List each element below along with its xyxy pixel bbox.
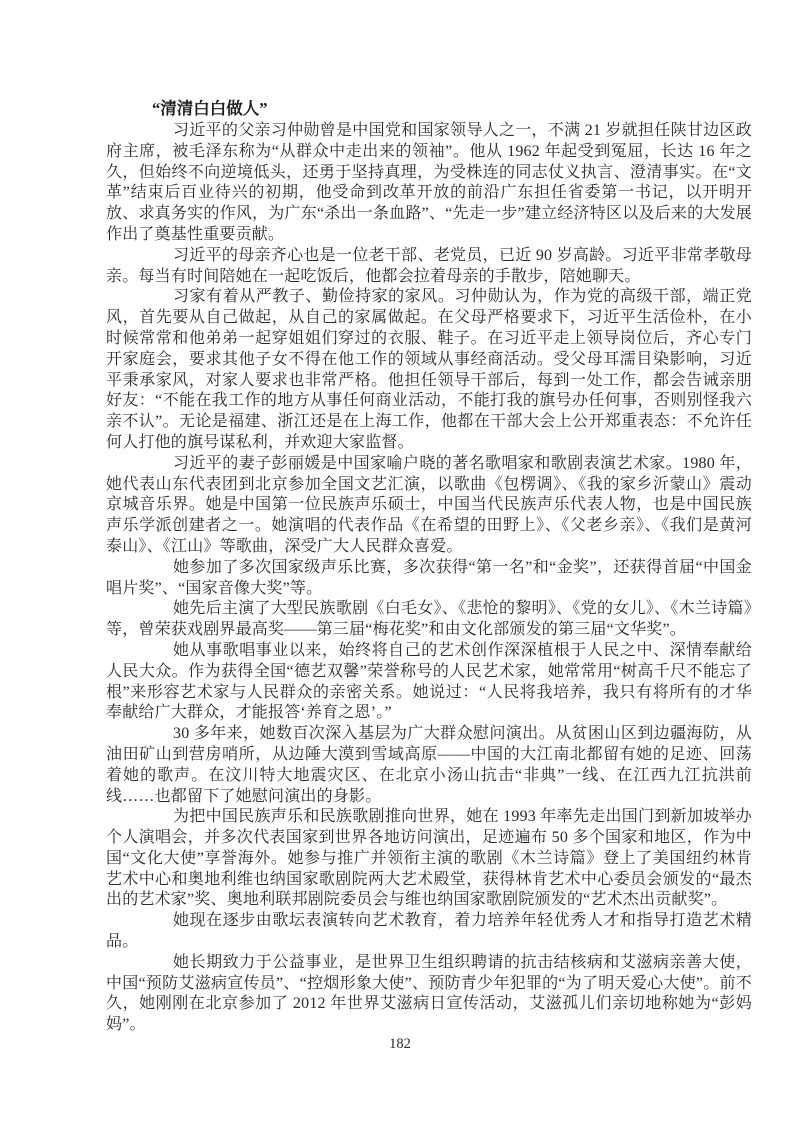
paragraph-opera-roles-awards: 她先后主演了大型民族歌剧《白毛女》、《悲怆的黎明》、《党的女儿》、《木兰诗篇》等… — [106, 599, 752, 641]
paragraph-art-rooted-in-people: 她从事歌唱事业以来，始终将自己的艺术创作深深植根于人民之中、深情奉献给人民大众。… — [106, 641, 752, 724]
paragraph-father-xi-zhongxun: 习近平的父亲习仲勋曾是中国党和国家领导人之一，不满 21 岁就担任陕甘边区政府主… — [106, 121, 752, 246]
paragraph-international-cultural-ambassador: 为把中国民族声乐和民族歌剧推向世界，她在 1993 年率先走出国门到新加坡举办个… — [106, 807, 752, 911]
page-number: 182 — [0, 1036, 800, 1053]
paragraph-grassroots-performances: 30 多年来，她数百次深入基层为广大群众慰问演出。从贫困山区到边疆海防，从油田矿… — [106, 724, 752, 807]
paragraph-family-tradition: 习家有着从严教子、勤俭持家的家风。习仲勋认为，作为党的高级干部，端正党风，首先要… — [106, 287, 752, 453]
paragraph-mother-qi-xin: 习近平的母亲齐心也是一位老干部、老党员，已近 90 岁高龄。习近平非常孝敬母亲。… — [106, 246, 752, 288]
paragraph-vocal-competitions: 她参加了多次国家级声乐比赛，多次获得“第一名”和“金奖”，还获得首届“中国金唱片… — [106, 558, 752, 600]
section-heading: “清清白白做人” — [152, 96, 752, 121]
paragraph-art-education: 她现在逐步由歌坛表演转向艺术教育，着力培养年轻优秀人才和指导打造艺术精品。 — [106, 911, 752, 953]
paragraph-charity-work: 她长期致力于公益事业，是世界卫生组织聘请的抗击结核病和艾滋病亲善大使，中国“预防… — [106, 953, 752, 1036]
text-block: “清清白白做人” 习近平的父亲习仲勋曾是中国党和国家领导人之一，不满 21 岁就… — [106, 96, 752, 1036]
paragraph-wife-peng-liyuan-intro: 习近平的妻子彭丽媛是中国家喻户晓的著名歌唱家和歌剧表演艺术家。1980 年，她代… — [106, 454, 752, 558]
document-page: “清清白白做人” 习近平的父亲习仲勋曾是中国党和国家领导人之一，不满 21 岁就… — [0, 0, 800, 1131]
